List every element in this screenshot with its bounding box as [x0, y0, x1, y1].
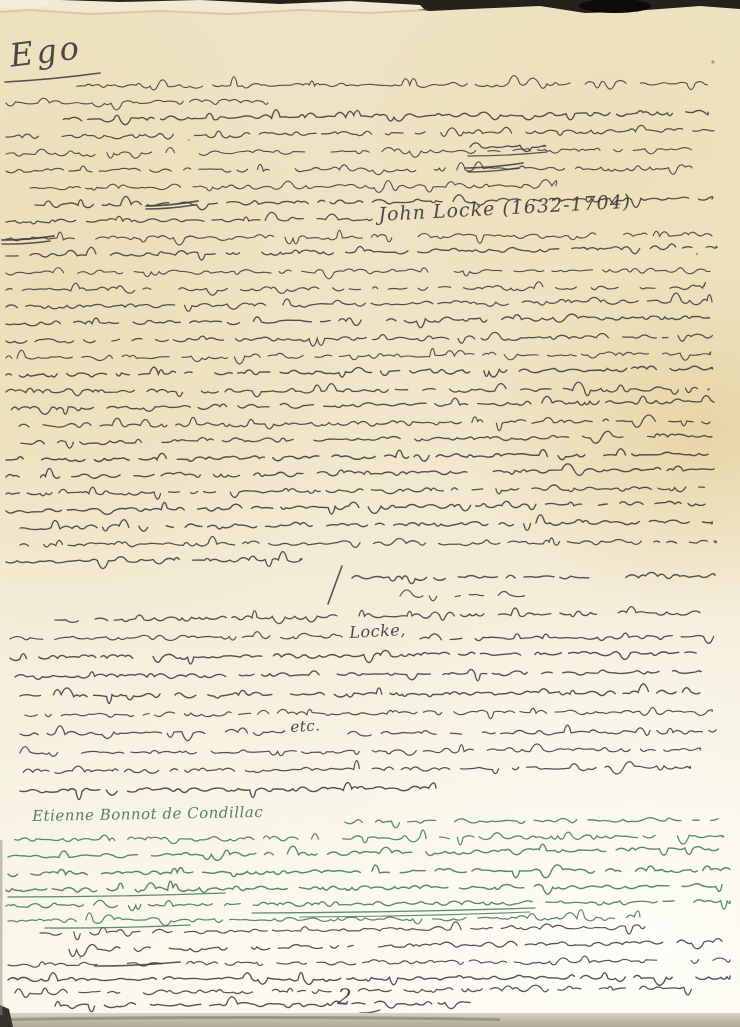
manuscript-page: EgoJohn Locke (1632-1704)Locke,etc.Etien…	[0, 0, 740, 1027]
handwriting-line	[40, 922, 645, 940]
handwriting-line	[55, 997, 470, 1012]
handwriting-line	[10, 650, 704, 664]
handwriting-line	[11, 396, 714, 415]
handwriting-line	[348, 725, 716, 736]
handwriting-line	[69, 939, 722, 957]
handwriting-line	[8, 973, 730, 986]
handwriting-line	[470, 143, 546, 152]
handwriting-line	[6, 147, 703, 158]
parenthesis-stroke	[328, 566, 342, 604]
handwriting-line	[20, 515, 712, 531]
handwriting-line	[20, 726, 285, 741]
handwriting-line	[6, 501, 705, 514]
handwriting-line	[6, 98, 268, 110]
handwriting-line	[6, 449, 708, 462]
handwriting-line	[10, 632, 342, 641]
handwriting-line	[420, 633, 724, 643]
handwriting-line	[6, 332, 723, 346]
handwriting-line	[25, 708, 712, 719]
condillac-text: Etienne Bonnot de Condillac	[32, 805, 263, 824]
handwriting-line	[6, 881, 722, 894]
handwriting-line	[20, 783, 436, 800]
handwriting-line	[6, 212, 372, 224]
underline-mark	[8, 893, 225, 897]
handwriting-line	[6, 282, 706, 295]
handwriting-line	[23, 761, 690, 774]
handwriting-line	[15, 985, 704, 997]
handwriting-line	[6, 268, 710, 279]
handwriting-line	[6, 382, 709, 397]
heading-ego: Ego	[8, 31, 83, 72]
handwriting-line	[6, 230, 712, 245]
handwriting-line	[400, 590, 524, 601]
handwriting-line	[19, 415, 710, 431]
handwriting-line	[6, 348, 711, 364]
handwriting-line	[345, 818, 718, 828]
handwriting-line	[6, 485, 711, 499]
handwriting-line	[15, 669, 701, 680]
handwriting-line	[20, 684, 700, 704]
handwriting-line	[15, 830, 724, 845]
handwriting-line	[30, 180, 557, 193]
handwriting-line	[63, 110, 708, 125]
handwriting-line	[6, 293, 712, 311]
handwriting-line	[6, 244, 717, 260]
handwriting-line	[6, 464, 714, 478]
etc-text: etc.	[290, 718, 321, 735]
underline-mark	[45, 925, 190, 928]
underline-mark	[360, 1010, 380, 1013]
handwriting-ink	[0, 0, 740, 1027]
underline-mark	[5, 73, 100, 82]
handwriting-line	[6, 552, 302, 569]
strikethrough-mark	[2, 241, 50, 244]
handwriting-line	[21, 431, 712, 448]
handwriting-line	[6, 366, 713, 377]
handwriting-line	[8, 844, 726, 860]
handwriting-line	[6, 314, 709, 328]
page-number: 2	[336, 987, 352, 1010]
handwriting-line	[6, 125, 714, 139]
handwriting-line	[20, 744, 701, 756]
underline-mark	[252, 908, 535, 913]
handwriting-line	[352, 572, 715, 583]
handwriting-line	[8, 865, 730, 878]
handwriting-line	[77, 76, 708, 90]
handwriting-line	[6, 900, 730, 911]
locke-text: Locke,	[349, 622, 406, 641]
underline-mark	[468, 152, 547, 156]
handwriting-line	[20, 537, 716, 548]
handwriting-line	[6, 162, 692, 175]
